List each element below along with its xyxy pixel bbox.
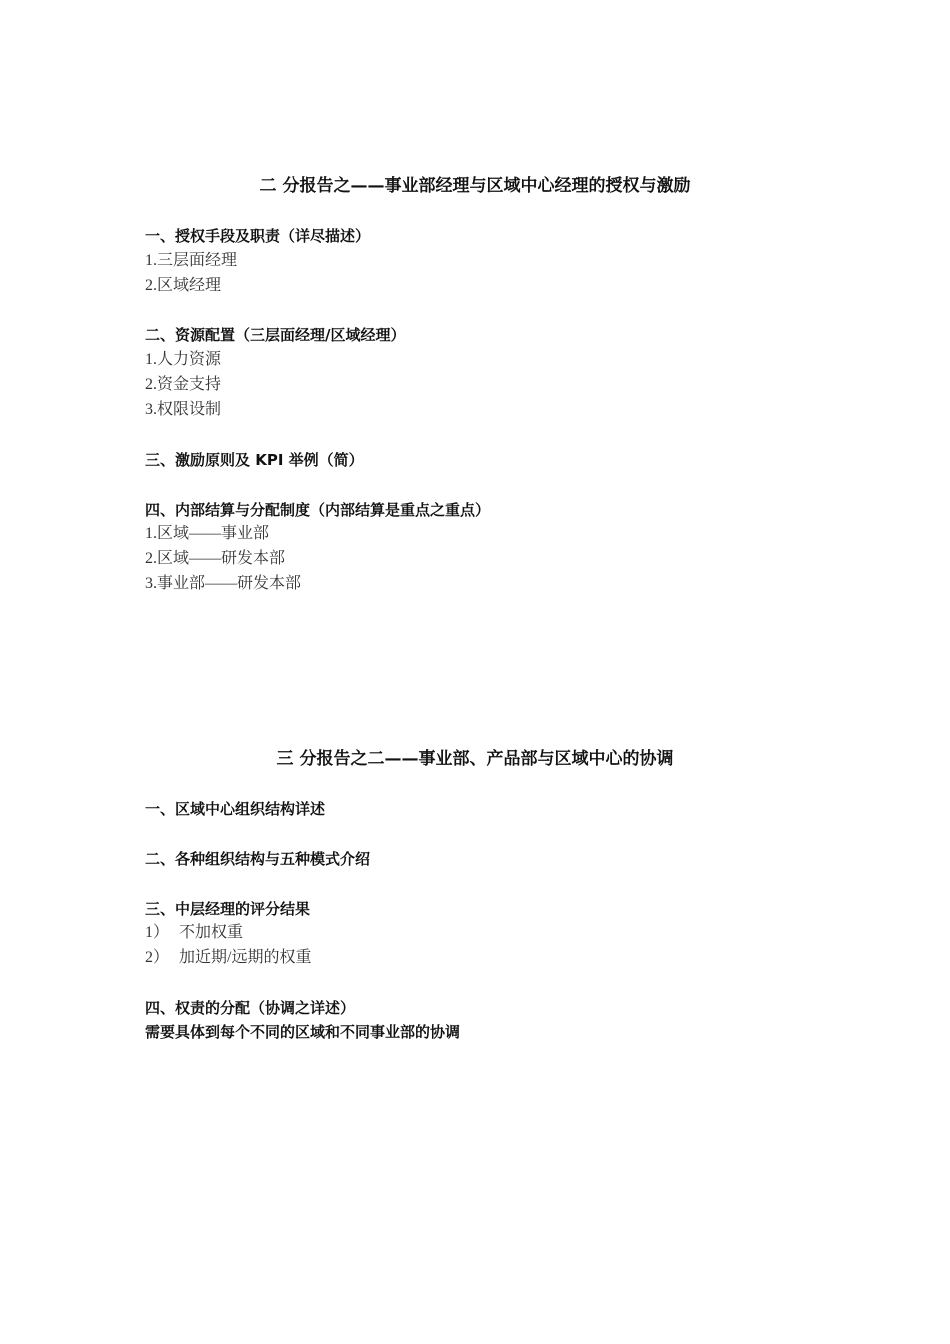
section2-title: 二 分报告之——事业部经理与区域中心经理的授权与激励 [0,174,950,198]
section2-heading-2: 二、资源配置（三层面经理/区域经理） [145,324,405,346]
section2-heading-4: 四、内部结算与分配制度（内部结算是重点之重点） [145,499,490,521]
section3-title: 三 分报告之二——事业部、产品部与区域中心的协调 [0,747,950,771]
section2-h2-item-3: 3.权限设制 [145,399,221,421]
section2-h4-item-2: 2.区域——研发本部 [145,548,285,570]
list-item-text: 不加权重 [179,924,243,941]
list-marker: 2） [145,947,179,969]
section3-heading-3: 三、中层经理的评分结果 [145,898,310,920]
section3-heading-4: 四、权责的分配（协调之详述） [145,997,355,1019]
section2-heading-3: 三、激励原则及 KPI 举例（简） [145,449,364,471]
section2-h1-item-1: 1.三层面经理 [145,250,237,272]
section3-heading-1: 一、区域中心组织结构详述 [145,798,325,820]
section2-h1-item-2: 2.区域经理 [145,275,221,297]
list-marker: 1） [145,922,179,944]
section2-h4-item-3: 3.事业部——研发本部 [145,573,301,595]
section2-h2-item-2: 2.资金支持 [145,374,221,396]
section3-heading-2: 二、各种组织结构与五种模式介绍 [145,848,370,870]
section2-h2-item-1: 1.人力资源 [145,349,221,371]
section2-heading-1: 一、授权手段及职责（详尽描述） [145,225,370,247]
document-page: 二 分报告之——事业部经理与区域中心经理的授权与激励 一、授权手段及职责（详尽描… [0,0,950,1344]
section3-h3-item-2: 2）加近期/远期的权重 [145,947,311,969]
section3-h4-note: 需要具体到每个不同的区域和不同事业部的协调 [145,1021,460,1043]
list-item-text: 加近期/远期的权重 [179,949,311,966]
section3-h3-item-1: 1）不加权重 [145,922,243,944]
section2-h4-item-1: 1.区域——事业部 [145,523,269,545]
